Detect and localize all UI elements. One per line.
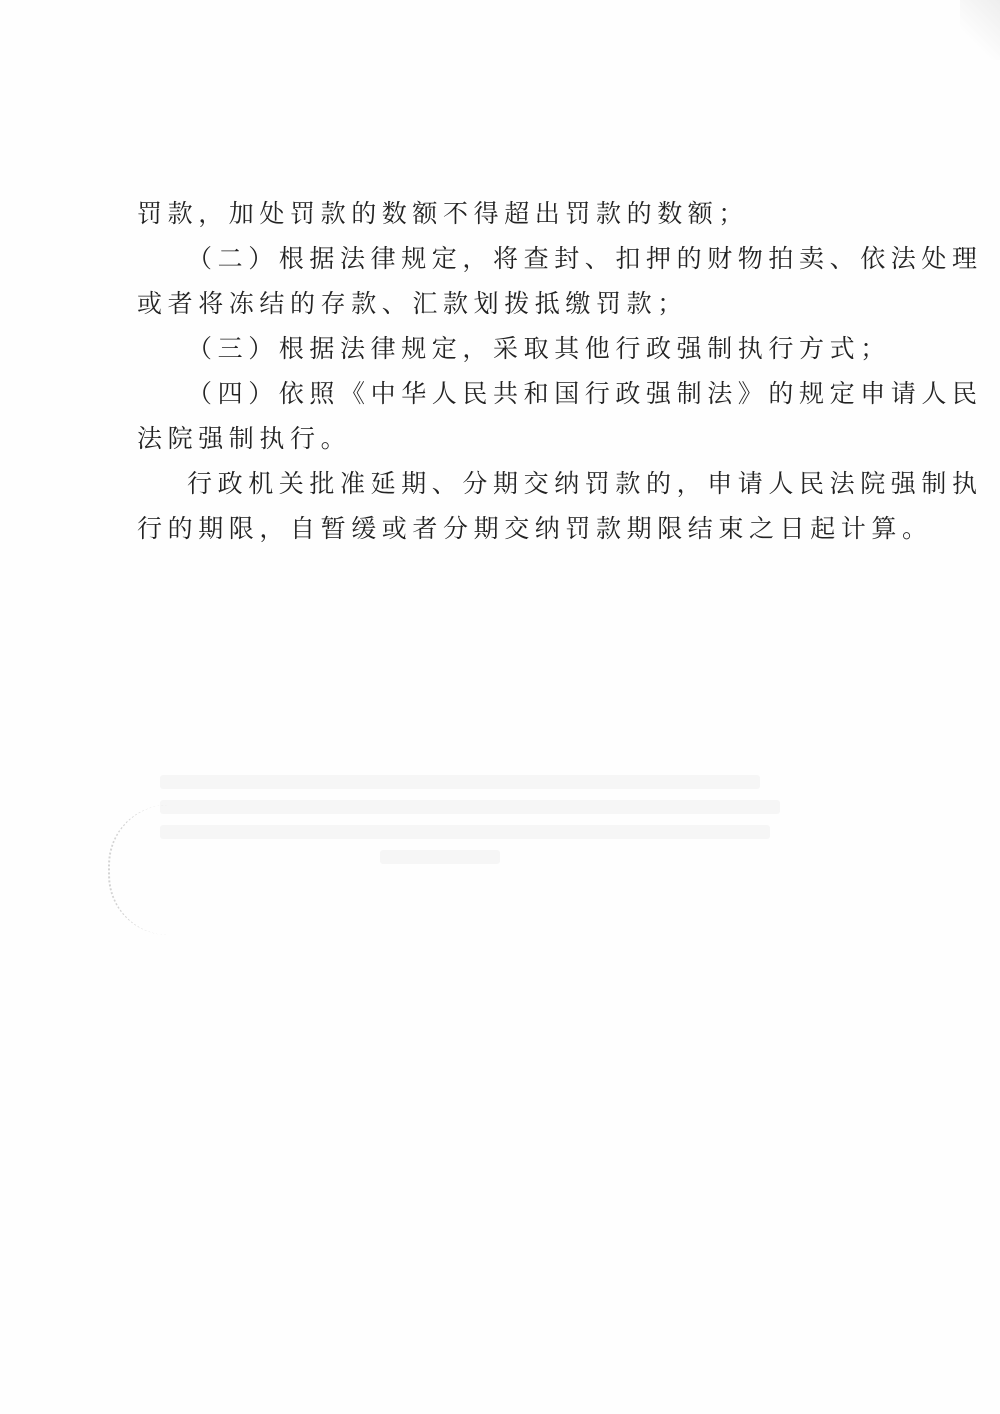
scan-bleed-through <box>380 850 500 864</box>
text-line: 或者将冻结的存款、汇款划拨抵缴罚款； <box>137 281 887 326</box>
text-line: 法院强制执行。 <box>137 416 887 461</box>
text-line: （四）依照《中华人民共和国行政强制法》的规定申请人民 <box>137 371 887 416</box>
text-line: （二）根据法律规定，将查封、扣押的财物拍卖、依法处理 <box>137 236 887 281</box>
scan-corner-shadow <box>960 0 1000 60</box>
scan-bleed-through <box>160 825 770 839</box>
document-body: 罚款，加处罚款的数额不得超出罚款的数额； （二）根据法律规定，将查封、扣押的财物… <box>137 191 887 551</box>
text-line: （三）根据法律规定，采取其他行政强制执行方式； <box>137 326 887 371</box>
text-line: 行的期限，自暂缓或者分期交纳罚款期限结束之日起计算。 <box>137 506 887 551</box>
scan-bleed-through <box>160 775 760 789</box>
scan-punch-hole-mark <box>108 805 170 935</box>
scan-bleed-through <box>160 800 780 814</box>
text-line: 罚款，加处罚款的数额不得超出罚款的数额； <box>137 191 887 236</box>
text-line: 行政机关批准延期、分期交纳罚款的，申请人民法院强制执 <box>137 461 887 506</box>
document-page: 罚款，加处罚款的数额不得超出罚款的数额； （二）根据法律规定，将查封、扣押的财物… <box>0 0 1000 1414</box>
